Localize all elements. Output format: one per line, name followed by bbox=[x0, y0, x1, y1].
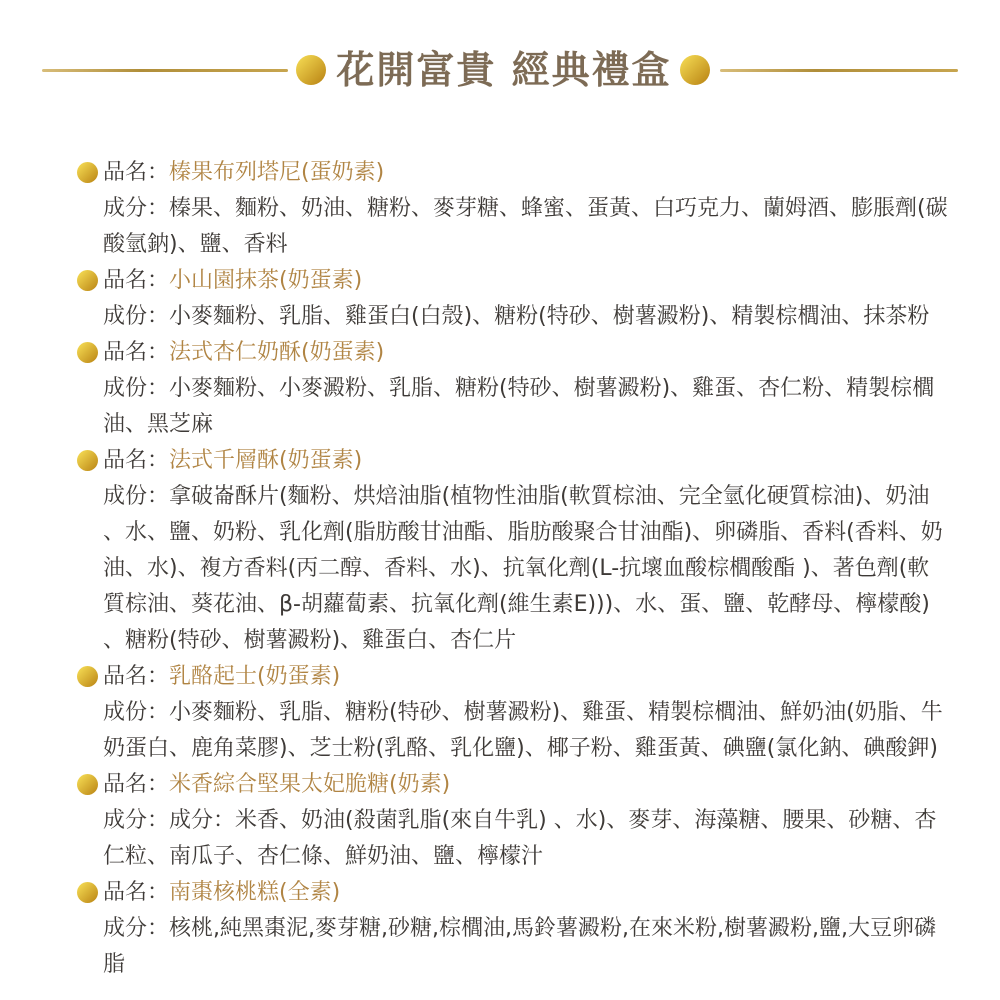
product-name-row: 品名：南棗核桃糕(全素) bbox=[103, 875, 948, 911]
bullet-dot-icon bbox=[77, 450, 98, 471]
product-name-label: 品名： bbox=[103, 160, 169, 185]
gold-dot-right-icon bbox=[680, 55, 710, 85]
bullet-dot-icon bbox=[77, 882, 98, 903]
product-name-row: 品名：榛果布列塔尼(蛋奶素) bbox=[103, 155, 948, 191]
product-name-label: 品名： bbox=[103, 448, 169, 473]
product-name-row: 品名：米香綜合堅果太妃脆糖(奶素) bbox=[103, 767, 948, 803]
page-title: 花開富貴 經典禮盒 bbox=[336, 48, 671, 92]
product-entry: 品名：乳酪起士(奶蛋素) 成份：小麥麵粉、乳脂、糖粉(特砂、樹薯澱粉)、雞蛋、精… bbox=[103, 659, 948, 767]
product-name-label: 品名： bbox=[103, 268, 169, 293]
product-name: 乳酪起士(奶蛋素) bbox=[169, 664, 340, 689]
product-name-label: 品名： bbox=[103, 772, 169, 797]
bullet-dot-icon bbox=[77, 270, 98, 291]
product-ingredients: 成份：小麥麵粉、小麥澱粉、乳脂、糖粉(特砂、樹薯澱粉)、雞蛋、杏仁粉、精製棕櫚油… bbox=[103, 371, 948, 443]
title-rule-left bbox=[42, 69, 288, 72]
product-ingredients: 成份：拿破崙酥片(麵粉、烘焙油脂(植物性油脂(軟質棕油、完全氫化硬質棕油)、奶油… bbox=[103, 479, 948, 659]
product-name-label: 品名： bbox=[103, 880, 169, 905]
product-ingredients: 成份：小麥麵粉、乳脂、糖粉(特砂、樹薯澱粉)、雞蛋、精製棕櫚油、鮮奶油(奶脂、牛… bbox=[103, 695, 948, 767]
bullet-dot-icon bbox=[77, 342, 98, 363]
product-list: 品名：榛果布列塔尼(蛋奶素) 成分：榛果、麵粉、奶油、糖粉、麥芽糖、蜂蜜、蛋黃、… bbox=[103, 155, 948, 983]
title-bar: 花開富貴 經典禮盒 bbox=[0, 48, 1000, 92]
product-ingredients: 成份：小麥麵粉、乳脂、雞蛋白(白殼)、糖粉(特砂、樹薯澱粉)、精製棕櫚油、抹茶粉 bbox=[103, 299, 948, 335]
bullet-dot-icon bbox=[77, 774, 98, 795]
product-name-row: 品名：小山園抹茶(奶蛋素) bbox=[103, 263, 948, 299]
product-name: 小山園抹茶(奶蛋素) bbox=[169, 268, 362, 293]
title-rule-right bbox=[720, 69, 958, 72]
product-entry: 品名：米香綜合堅果太妃脆糖(奶素) 成分：成分：米香、奶油(殺菌乳脂(來自牛乳)… bbox=[103, 767, 948, 875]
product-name-row: 品名：乳酪起士(奶蛋素) bbox=[103, 659, 948, 695]
product-ingredients: 成分：成分：米香、奶油(殺菌乳脂(來自牛乳) 、水)、麥芽、海藻糖、腰果、砂糖、… bbox=[103, 803, 948, 875]
gold-dot-left-icon bbox=[296, 55, 326, 85]
product-entry: 品名：法式千層酥(奶蛋素) 成份：拿破崙酥片(麵粉、烘焙油脂(植物性油脂(軟質棕… bbox=[103, 443, 948, 659]
product-ingredients: 成分：核桃,純黑棗泥,麥芽糖,砂糖,棕櫚油,馬鈴薯澱粉,在來米粉,樹薯澱粉,鹽,… bbox=[103, 911, 948, 983]
product-name: 法式杏仁奶酥(奶蛋素) bbox=[169, 340, 384, 365]
product-name: 法式千層酥(奶蛋素) bbox=[169, 448, 362, 473]
product-name: 南棗核桃糕(全素) bbox=[169, 880, 340, 905]
page: 花開富貴 經典禮盒 品名：榛果布列塔尼(蛋奶素) 成分：榛果、麵粉、奶油、糖粉、… bbox=[0, 0, 1000, 1000]
product-entry: 品名：小山園抹茶(奶蛋素) 成份：小麥麵粉、乳脂、雞蛋白(白殼)、糖粉(特砂、樹… bbox=[103, 263, 948, 335]
product-name-row: 品名：法式千層酥(奶蛋素) bbox=[103, 443, 948, 479]
product-name-row: 品名：法式杏仁奶酥(奶蛋素) bbox=[103, 335, 948, 371]
product-name: 榛果布列塔尼(蛋奶素) bbox=[169, 160, 384, 185]
product-entry: 品名：法式杏仁奶酥(奶蛋素) 成份：小麥麵粉、小麥澱粉、乳脂、糖粉(特砂、樹薯澱… bbox=[103, 335, 948, 443]
bullet-dot-icon bbox=[77, 666, 98, 687]
bullet-dot-icon bbox=[77, 162, 98, 183]
product-name-label: 品名： bbox=[103, 340, 169, 365]
product-name-label: 品名： bbox=[103, 664, 169, 689]
product-name: 米香綜合堅果太妃脆糖(奶素) bbox=[169, 772, 450, 797]
product-entry: 品名：榛果布列塔尼(蛋奶素) 成分：榛果、麵粉、奶油、糖粉、麥芽糖、蜂蜜、蛋黃、… bbox=[103, 155, 948, 263]
product-ingredients: 成分：榛果、麵粉、奶油、糖粉、麥芽糖、蜂蜜、蛋黃、白巧克力、蘭姆酒、膨脹劑(碳酸… bbox=[103, 191, 948, 263]
product-entry: 品名：南棗核桃糕(全素) 成分：核桃,純黑棗泥,麥芽糖,砂糖,棕櫚油,馬鈴薯澱粉… bbox=[103, 875, 948, 983]
